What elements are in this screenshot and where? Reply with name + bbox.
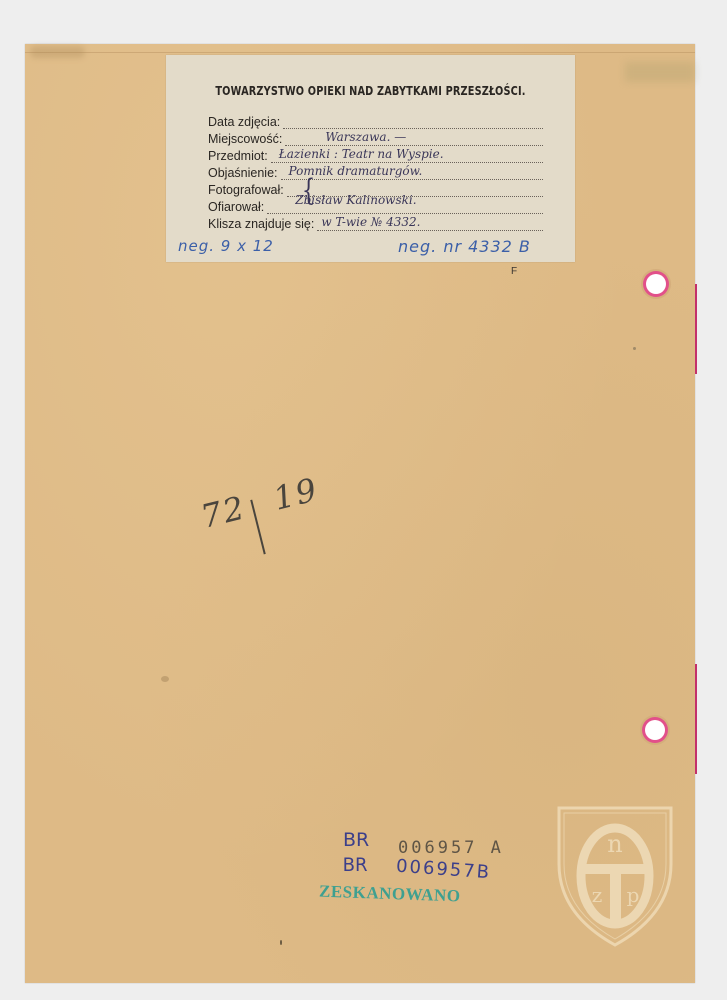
paper-fold-line [25,52,695,53]
field-label: Miejscowość: [208,132,282,146]
svg-text:n: n [607,830,622,858]
stamped-number-a: 006957 A [398,838,504,858]
pink-edge-mark [695,664,697,774]
field-label: Przedmiot: [208,149,268,163]
binding-hole [645,720,665,740]
paper-speck [161,676,169,682]
negative-size-note: neg. 9 x 12 [178,237,274,255]
field-place: Miejscowość: Warszawa. — [208,130,543,146]
br-prefix-2: BR [343,854,368,876]
pink-edge-mark [695,284,697,374]
field-label: Fotografował: [208,183,284,197]
handwritten-number-b: 006957B [395,856,491,884]
field-donor: Ofiarował: Zbisław Kalinowski. [208,198,543,214]
field-value: w T-wie № 4332. [321,215,420,229]
shield-watermark-icon: n z p [555,804,675,949]
pencil-note-right: 19 [270,470,323,518]
scanned-stamp: ZESKANOWANO [319,882,461,907]
field-description: Objaśnienie: Pomnik dramaturgów. [208,164,543,180]
svg-text:p: p [627,883,640,907]
field-value: Warszawa. — [325,130,406,144]
label-card: TOWARZYSTWO OPIEKI NAD ZABYTKAMI PRZESZŁ… [166,55,575,262]
br-prefix-1: BR [343,829,369,851]
negative-number-note: neg. nr 4332 B [398,237,531,256]
paper-speck [280,940,282,945]
field-date: Data zdjęcia: [208,113,543,129]
paper-speck [633,347,636,350]
edge-discoloration [625,62,695,82]
mount-paper: TOWARZYSTWO OPIEKI NAD ZABYTKAMI PRZESZŁ… [25,44,695,983]
svg-text:z: z [592,883,603,907]
field-label: Ofiarował: [208,200,264,214]
field-label: Data zdjęcia: [208,115,280,129]
field-value: Łazienki : Teatr na Wyspie. [279,147,444,161]
field-label: Objaśnienie: [208,166,278,180]
pencil-note-left: 72 [197,488,250,536]
handwritten-brace: { [302,176,315,206]
society-title: TOWARZYSTWO OPIEKI NAD ZABYTKAMI PRZESZŁ… [211,83,530,98]
field-negative-location: Klisza znajduje się: w T-wie № 4332. [208,215,543,231]
field-subject: Przedmiot: Łazienki : Teatr na Wyspie. [208,147,543,163]
pencil-catalog-note: 7219 [197,470,322,536]
field-label: Klisza znajduje się: [208,217,314,231]
binding-hole [646,274,666,294]
small-pencil-mark: F [511,266,517,277]
